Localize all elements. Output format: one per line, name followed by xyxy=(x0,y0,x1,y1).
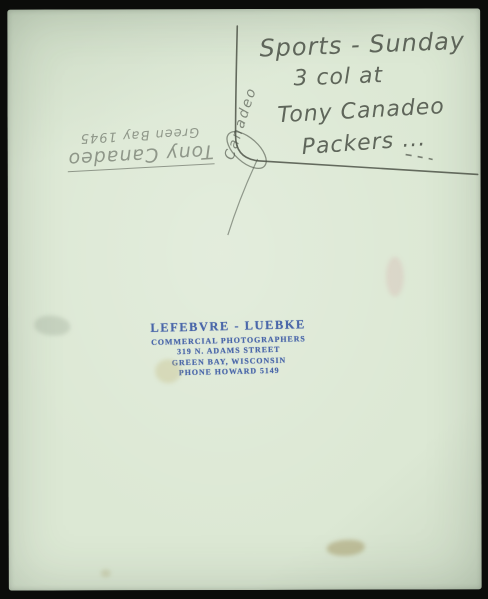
stain-pink-faint xyxy=(386,257,404,297)
handwritten-note-upside-down: Tony Canadeo Green Bay 1945 xyxy=(47,122,234,173)
handwritten-note-line-4: Packers ... xyxy=(301,126,427,160)
stain-grey-smudge xyxy=(34,315,70,335)
stain-yellow xyxy=(155,359,181,383)
scanned-photo-back: { "artifact": { "description": "Back of … xyxy=(0,0,488,599)
photo-paper: Sports - Sunday 3 col at Tony Canadeo Pa… xyxy=(7,8,482,590)
handwritten-note-line-3: Tony Canadeo xyxy=(277,94,445,128)
stain-speck xyxy=(101,569,111,577)
handwritten-note-line-1: Sports - Sunday xyxy=(259,27,466,63)
stain-brown xyxy=(327,540,365,556)
handwritten-note-line-2: 3 col at xyxy=(293,63,384,91)
